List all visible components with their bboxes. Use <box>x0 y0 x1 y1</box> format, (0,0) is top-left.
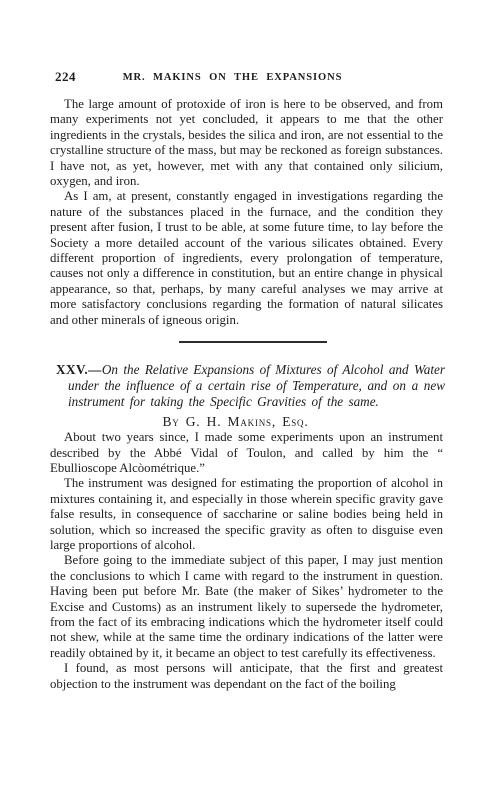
article-byline: By G. H. Makins, Esq. <box>50 414 443 430</box>
document-page: 224 MR. MAKINS ON THE EXPANSIONS The lar… <box>0 0 500 810</box>
paragraph: As I am, at present, constantly engaged … <box>50 189 443 328</box>
text-block: 224 MR. MAKINS ON THE EXPANSIONS The lar… <box>50 0 443 692</box>
paragraph: Before going to the immediate subject of… <box>50 553 443 661</box>
paragraph: The instrument was designed for estimati… <box>50 476 443 553</box>
paragraph: About two years since, I made some exper… <box>50 430 443 476</box>
previous-article-end: The large amount of protoxide of iron is… <box>50 97 443 328</box>
paragraph: The large amount of protoxide of iron is… <box>50 97 443 189</box>
article-title-text: On the Relative Expansions of Mixtures o… <box>68 362 445 408</box>
article-number: XXV.— <box>56 362 102 377</box>
article: XXV.—On the Relative Expansions of Mixtu… <box>50 362 443 692</box>
page-header: 224 MR. MAKINS ON THE EXPANSIONS <box>50 0 443 84</box>
section-divider <box>179 341 327 343</box>
article-title: XXV.—On the Relative Expansions of Mixtu… <box>56 362 445 409</box>
running-title: MR. MAKINS ON THE EXPANSIONS <box>50 72 415 83</box>
paragraph: I found, as most persons will anticipate… <box>50 661 443 692</box>
